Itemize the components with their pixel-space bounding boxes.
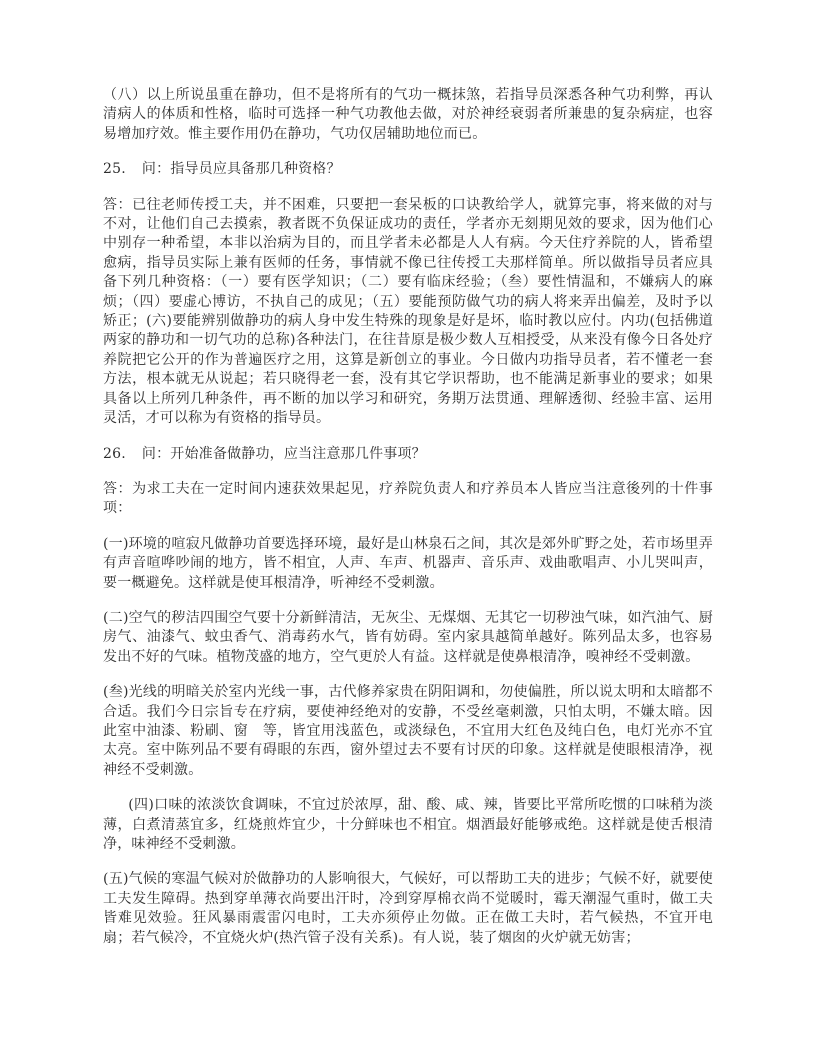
- paragraph-qigong-conclusion-item-8: （八）以上所说虽重在静功，但不是将所有的气功一概抹煞，若指导员深悉各种气功利弊，…: [103, 86, 713, 144]
- question-25-number: 25.: [103, 160, 126, 179]
- document-page: （八）以上所说虽重在静功，但不是将所有的气功一概抹煞，若指导员深悉各种气功利弊，…: [0, 0, 816, 1056]
- answer-26-item-2-air: (二)空气的秽洁四围空气要十分新鲜清洁，无灰尘、无煤烟、无其它一切秽浊气味，如汽…: [103, 609, 713, 667]
- answer-26-item-3-light: (叁)光线的明暗关於室内光线一事，古代修养家贵在阴阳调和，勿使偏胜，所以说太明和…: [103, 683, 713, 780]
- question-26-number: 26.: [103, 445, 126, 464]
- question-25-text: 问：指导员应具备那几种资格？: [142, 161, 341, 177]
- answer-26-item-1-environment: (一)环境的喧寂凡做静功首要选择环境，最好是山林泉石之间，其次是郊外旷野之处，若…: [103, 535, 713, 593]
- question-26: 26.问：开始准备做静功，应当注意那几件事项？: [103, 445, 713, 464]
- answer-26-item-5-climate: (五)气候的寒温气候对於做静功的人影响很大，气候好，可以帮助工夫的进步；气候不好…: [103, 870, 713, 948]
- answer-25: 答：已往老师传授工夫，并不困难，只要把一套呆板的口诀教给学人，就算完事，将来做的…: [103, 196, 713, 429]
- question-26-text: 问：开始准备做静功，应当注意那几件事项？: [142, 446, 426, 462]
- answer-26-intro: 答：为求工夫在一定时间内速获效果起见，疗养院负责人和疗养员本人皆应当注意後列的十…: [103, 480, 713, 519]
- answer-26-item-4-taste: (四)口味的浓淡饮食调味，不宜过於浓厚，甜、酸、咸、辣，皆要比平常所吃惯的口味稍…: [103, 796, 713, 854]
- question-25: 25.问：指导员应具备那几种资格？: [103, 160, 713, 179]
